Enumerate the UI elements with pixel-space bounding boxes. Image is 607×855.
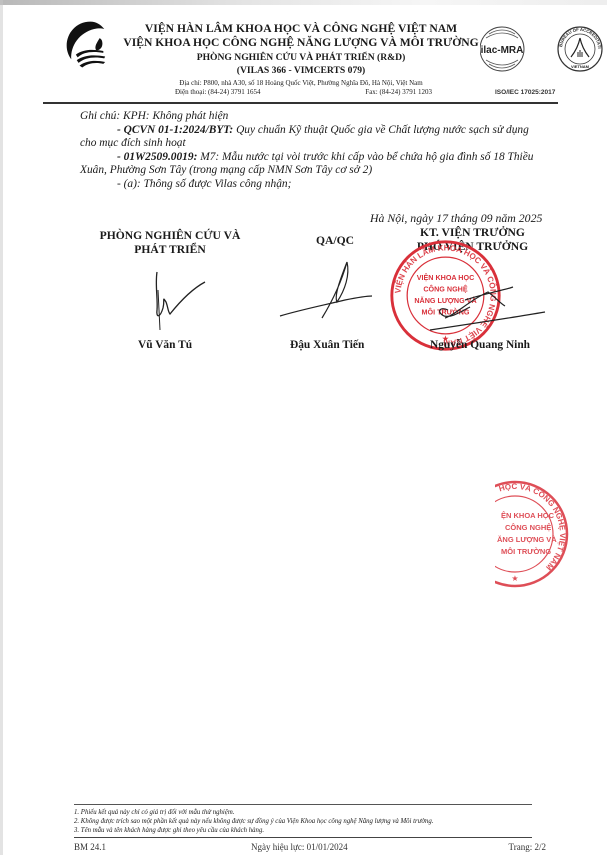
svg-text:MÔI TRƯỜNG: MÔI TRƯỜNG (422, 308, 470, 317)
footer-bar: BM 24.1 Ngày hiệu lực: 01/01/2024 Trang:… (74, 842, 546, 852)
seam-stamp-icon: HỌC VÀ CÔNG NGHỆ VIỆT NAM ỆN KHOA HỌC CÔ… (487, 478, 582, 590)
page-number: Trang: 2/2 (509, 842, 546, 852)
svg-text:ỆN KHOA HỌC: ỆN KHOA HỌC (501, 511, 555, 520)
fax: Fax: (84-24) 3791 1203 (365, 88, 432, 97)
signature-dau-xuan-tien-icon (280, 262, 372, 318)
academy-name: VIỆN HÀN LÂM KHOA HỌC VÀ CÔNG NGHỆ VIỆT … (120, 22, 482, 36)
accreditation-badges: ilac-MRA BUREAU OF ACCREDITATION VIETNAM (480, 24, 605, 74)
svg-text:★: ★ (511, 574, 518, 583)
footer-note-1: 1. Phiếu kết quả này chỉ có giá trị đối … (74, 808, 544, 817)
phone: Điện thoại: (84-24) 3791 1654 (175, 88, 261, 97)
svg-text:NĂNG LƯỢNG VÀ: NĂNG LƯỢNG VÀ (414, 296, 476, 305)
note-sample: - 01W2509.0019: M7: Mẫu nước tại vòi trư… (80, 151, 560, 165)
signature-title-rnd: PHÒNG NGHIÊN CỨU VÀ PHÁT TRIỂN (85, 229, 255, 257)
note-vilas: - (a): Thông số được Vilas công nhận; (80, 178, 560, 192)
issue-date: Hà Nội, ngày 17 tháng 09 năm 2025 (370, 211, 542, 226)
accreditation-codes: (VILAS 366 - VIMCERTS 079) (120, 64, 482, 77)
letterhead: VIỆN HÀN LÂM KHOA HỌC VÀ CÔNG NGHỆ VIỆT … (120, 22, 482, 97)
svg-text:CÔNG NGHỆ: CÔNG NGHỆ (505, 523, 551, 532)
form-code: BM 24.1 (74, 842, 106, 852)
note-sample-cont: Xuân, Phường Sơn Tây (trong mạng cấp NMN… (80, 164, 560, 178)
signer-name-3: Nguyễn Quang Ninh (430, 339, 530, 351)
footer-notes: 1. Phiếu kết quả này chỉ có giá trị đối … (74, 808, 544, 836)
svg-text:VIETNAM: VIETNAM (571, 64, 590, 69)
svg-text:ĂNG LƯỢNG VÀ: ĂNG LƯỢNG VÀ (497, 535, 557, 544)
iso-standard: ISO/IEC 17025:2017 (495, 89, 555, 96)
scan-shadow-left (0, 0, 3, 855)
footer-note-3: 3. Tên mẫu và tên khách hàng được ghi th… (74, 826, 544, 835)
signer-name-2: Đậu Xuân Tiến (290, 339, 364, 351)
effective-date: Ngày hiệu lực: 01/01/2024 (251, 842, 348, 852)
signature-vu-van-tu-icon (156, 272, 205, 316)
signer-name-1: Vũ Văn Tú (138, 339, 192, 351)
scan-shadow-top (0, 0, 607, 5)
header-divider (43, 102, 558, 104)
footer-divider (74, 804, 532, 805)
notes-section: Ghi chú: KPH: Không phát hiện - QCVN 01-… (80, 110, 560, 191)
official-stamp-icon: VIỆN HÀN LÂM KHOA HỌC VÀ CÔNG NGHỆ VIỆT … (388, 238, 503, 353)
footer-bottom-divider (74, 837, 532, 838)
svg-text:MÔI TRƯỜNG: MÔI TRƯỜNG (501, 547, 551, 556)
note-intro: Ghi chú: KPH: Không phát hiện (80, 110, 560, 124)
svg-text:ilac-MRA: ilac-MRA (481, 45, 524, 56)
signature-title-qaqc: QA/QC (295, 234, 375, 248)
institute-logo-icon (63, 18, 118, 73)
footer-note-2: 2. Không được trích sao một phần kết quả… (74, 817, 544, 826)
department-name: PHÒNG NGHIÊN CỨU VÀ PHÁT TRIỂN (R&D) (120, 51, 482, 64)
institute-name: VIỆN KHOA HỌC CÔNG NGHỆ NĂNG LƯỢNG VÀ MÔ… (120, 36, 482, 50)
ilac-mra-badge-icon: ilac-MRA (480, 27, 524, 71)
svg-text:CÔNG NGHỆ: CÔNG NGHỆ (423, 285, 467, 294)
note-qcvn-cont: cho mục đích sinh hoạt (80, 137, 560, 151)
contact-line: Điện thoại: (84-24) 3791 1654 Fax: (84-2… (120, 88, 482, 97)
note-qcvn: - QCVN 01-1:2024/BYT: Quy chuẩn Kỹ thuật… (80, 124, 560, 138)
svg-text:VIỆN KHOA HỌC: VIỆN KHOA HỌC (417, 273, 475, 282)
address: Địa chỉ: P800, nhà A30, số 18 Hoàng Quốc… (120, 79, 482, 88)
